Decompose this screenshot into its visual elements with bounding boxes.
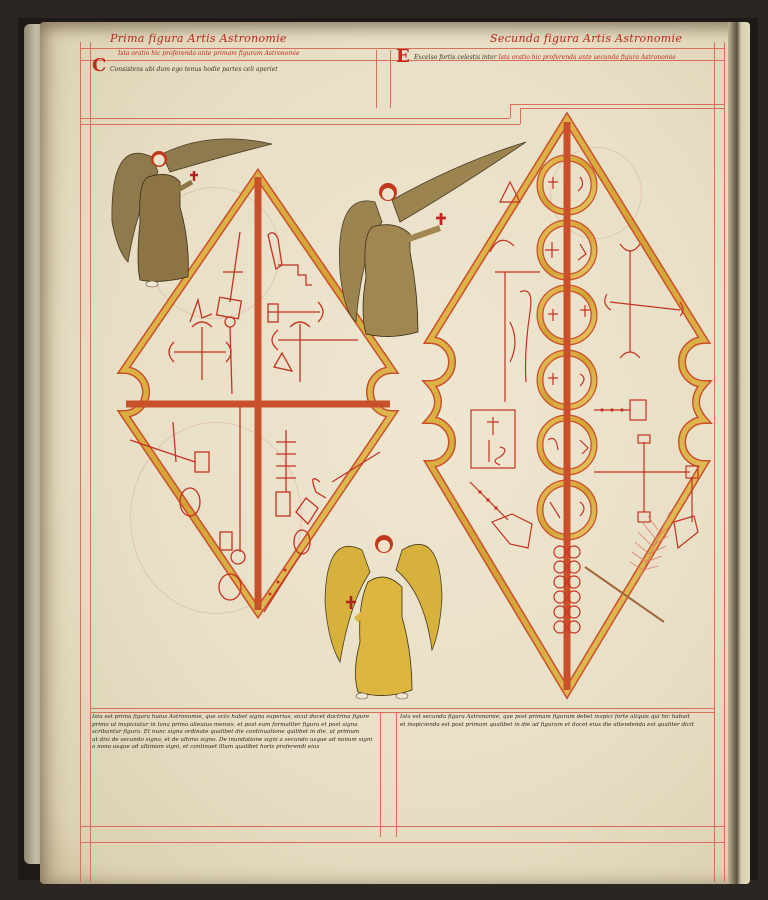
- angel-upper-middle: [339, 142, 526, 337]
- left-caption: Ista est prima figura huius Astronomie, …: [92, 714, 376, 752]
- second-figure: [430, 119, 704, 692]
- book-gutter: [728, 22, 750, 884]
- figures-layer: [40, 22, 750, 884]
- angel-lower-middle: [325, 535, 442, 699]
- right-caption: Ista est secunda figura Astronomie, que …: [400, 714, 712, 732]
- manuscript-page: Prima figura Artis Astronomie Secunda fi…: [40, 22, 750, 884]
